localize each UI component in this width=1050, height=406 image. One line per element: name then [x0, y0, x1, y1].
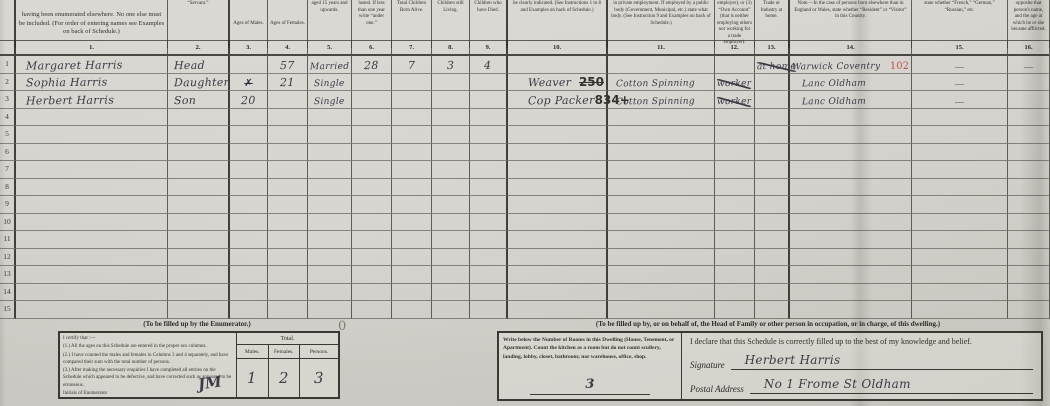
nationality-dash: —: [955, 62, 964, 72]
table-row-empty: 13: [0, 266, 1050, 284]
col-num-9: 9.: [470, 41, 508, 56]
totals-header-males: Males.: [237, 345, 269, 358]
infirmity-dash: —: [1024, 62, 1033, 72]
signature-label: Signature: [690, 360, 725, 370]
table-row-empty: 5: [0, 126, 1050, 144]
stray-zero-mark: 0: [338, 319, 346, 334]
table-row-empty: 15: [0, 301, 1050, 319]
col-num-7: 7.: [392, 41, 432, 56]
nationality-dash: —: [955, 97, 964, 107]
declaration-text: I declare that this Schedule is correctl…: [690, 337, 1033, 346]
column-number-strip: 1. 2. 3. 4. 5. 6. 7. 8. 9. 10. 11. 12. 1…: [0, 40, 1050, 56]
enumerator-initials-signature: JM: [197, 372, 223, 397]
age-female-entry: 57: [280, 58, 295, 71]
relationship-entry: Son: [174, 93, 196, 106]
totals-header-females: Females.: [269, 345, 301, 358]
signature-value: Herbert Harris: [745, 353, 841, 367]
birthplace-code-red: 102: [890, 61, 909, 72]
industry-entry: Cotton Spinning: [616, 79, 695, 90]
col-num-12: 12.: [715, 41, 755, 56]
postal-address-value: No 1 Frome St Oldham: [764, 377, 911, 391]
col-num-4: 4.: [268, 41, 308, 56]
employment-status-entry: worker: [717, 79, 751, 89]
col-num-8: 8.: [432, 41, 470, 56]
table-row-empty: 4: [0, 109, 1050, 127]
col-num-5: 5.: [308, 41, 352, 56]
col-num-14: 14.: [790, 41, 912, 56]
col-num-15: 15.: [912, 41, 1008, 56]
occupation-code-pencil: 250: [579, 75, 604, 89]
householder-section-heading: (To be filled up by, or on behalf of, th…: [497, 320, 1039, 328]
birthplace-entry: Lanc Oldham: [802, 79, 866, 90]
col-num-6: 6.: [352, 41, 392, 56]
table-row-empty: 10: [0, 214, 1050, 232]
name-entry: Margaret Harris: [26, 58, 123, 72]
industry-entry: Cotton Spinning: [616, 96, 695, 107]
table-row: 2 Sophia Harris Daughter ✗ 21 Single Wea…: [0, 74, 1050, 92]
enumerator-section-heading: (To be filled up by the Enumerator.): [58, 320, 336, 328]
occupation-entry: Weaver: [528, 76, 571, 89]
enumerator-certification-box: I certify that :— (1.) All the ages on t…: [58, 331, 340, 399]
table-row-empty: 7: [0, 161, 1050, 179]
age-male-crossed-out: ✗: [244, 78, 252, 89]
table-row-empty: 12: [0, 249, 1050, 267]
col-num-16: 16.: [1008, 41, 1050, 56]
table-row-empty: 9: [0, 196, 1050, 214]
table-row: 1 Margaret Harris Head 57 Married 28 7 3…: [0, 56, 1050, 74]
age-male-entry: 20: [241, 93, 256, 106]
col-num-10: 10.: [508, 41, 608, 56]
census-schedule-scan: having been enumerated elsewhere. No one…: [0, 0, 1050, 406]
totals-header-persons: Persons.: [300, 345, 338, 358]
total-persons-value: 3: [314, 369, 324, 387]
postal-address-label: Postal Address: [690, 384, 744, 394]
children-born-entry: 7: [408, 58, 415, 71]
nationality-dash: —: [955, 79, 964, 89]
col-num-1: 1.: [16, 41, 168, 56]
certification-text: I certify that :— (1.) All the ages on t…: [60, 333, 236, 397]
table-row-empty: 14: [0, 284, 1050, 302]
marriage-entry: Single: [314, 96, 345, 106]
totals-table: Total. Males. Females. Persons. 1 2 3: [236, 333, 338, 397]
schedule-rows: 1 Margaret Harris Head 57 Married 28 7 3…: [0, 56, 1050, 319]
table-row: 3 Herbert Harris Son 20 Single Cop Packe…: [0, 91, 1050, 109]
age-female-entry: 21: [280, 76, 295, 89]
marriage-entry: Single: [314, 79, 345, 89]
col-num-13: 13.: [755, 41, 790, 56]
totals-title: Total.: [237, 333, 338, 345]
employment-status-entry: worker: [717, 96, 751, 106]
column-headings-row: having been enumerated elsewhere. No one…: [0, 0, 1050, 40]
total-males-value: 1: [247, 369, 257, 387]
col-num-2: 2.: [168, 41, 230, 56]
rooms-count-value: 3: [585, 377, 594, 392]
name-entry: Sophia Harris: [26, 76, 108, 90]
table-row-empty: 6: [0, 144, 1050, 162]
table-row-empty: 11: [0, 231, 1050, 249]
bottom-sections: (To be filled up by the Enumerator.) I c…: [0, 317, 1050, 406]
relationship-entry: Head: [174, 58, 205, 71]
children-died-entry: 4: [484, 58, 491, 71]
occupation-entry: Cop Packer: [528, 93, 595, 107]
children-living-entry: 3: [447, 58, 454, 71]
birthplace-entry: Lanc Oldham: [802, 96, 866, 107]
rooms-instruction: Write below the Number of Rooms in this …: [499, 333, 682, 399]
birthplace-entry: Warwick Coventry: [792, 61, 880, 72]
householder-declaration-box: Write below the Number of Rooms in this …: [497, 331, 1043, 401]
relationship-entry: Daughter: [174, 76, 229, 90]
total-females-value: 2: [279, 369, 289, 387]
col-num-3: 3.: [230, 41, 268, 56]
years-married-entry: 28: [364, 58, 379, 71]
col-num-11: 11.: [608, 41, 715, 56]
name-entry: Herbert Harris: [26, 93, 114, 107]
marriage-entry: Married: [310, 61, 349, 71]
table-row-empty: 8: [0, 179, 1050, 197]
